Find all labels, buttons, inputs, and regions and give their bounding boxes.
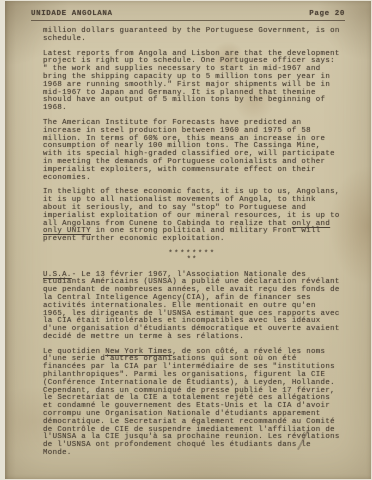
newsletter-title: UNIDADE ANGOLANA <box>31 10 113 18</box>
text-segment: The American Institute for Forecasts hav… <box>43 119 335 182</box>
page-number: Page 20 <box>309 10 345 18</box>
text-segment: ** <box>187 256 198 264</box>
text-segment: million dollars guaranteed by the Portug… <box>43 27 340 43</box>
separator: ** <box>43 257 341 265</box>
paragraph: Latest reports from Angola and Lisbon ar… <box>43 51 341 113</box>
page-header: UNIDADE ANGOLANA Page 20 <box>31 10 345 21</box>
page-body: million dollars guaranteed by the Portug… <box>43 28 341 458</box>
paragraph: Le quotidien New York Times, de son côté… <box>43 349 341 458</box>
text-segment: Latest reports from Angola and Lisbon ar… <box>43 50 340 113</box>
paragraph: In thelight of these economic facts, it … <box>43 189 341 244</box>
scanned-page: UNIDADE ANGOLANA Page 20 million dollars… <box>0 0 372 480</box>
paragraph: U.S.A.- Le 13 février 1967, l'Associatio… <box>43 272 341 342</box>
paragraph: million dollars guaranteed by the Portug… <box>43 28 341 44</box>
paper: UNIDADE ANGOLANA Page 20 million dollars… <box>5 1 371 479</box>
text-segment: , de son côté, a révelé les noms d'une s… <box>43 348 340 457</box>
text-segment: - Le 13 février 1967, l'Association Nati… <box>43 271 340 341</box>
paragraph: The American Institute for Forecasts hav… <box>43 120 341 182</box>
